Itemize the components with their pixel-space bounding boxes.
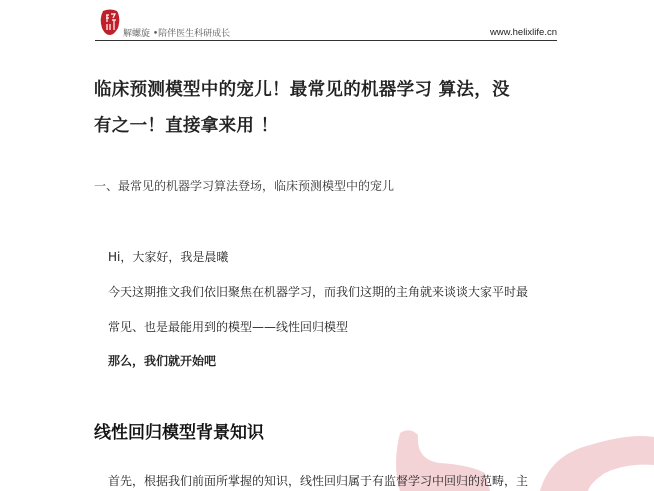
page-header: 解螺旋 •陪伴医生科研成长 www.helixlife.cn [95,0,557,41]
section-heading-text: 最常见的机器学习算法登场，临床预测模型中的宠儿 [118,179,394,193]
red-seal-logo-icon [99,8,121,36]
paragraph-greeting: Hi，大家好，我是晨曦 [108,248,228,265]
article-title-line-1: 临床预测模型中的宠儿！最常见的机器学习 算法，没 [94,72,564,108]
site-url-link[interactable]: www.helixlife.cn [490,27,557,38]
article-title-line-2: 有之一！直接拿来用 ！ [94,108,564,144]
paragraph-intro-line-1: 今天这期推文我们依旧聚焦在机器学习，而我们这期的主角就来谈谈大家平时最 [108,283,528,300]
paragraph-start: 那么，我们就开始吧 [108,352,216,369]
paragraph-background: 首先，根据我们前面所掌握的知识，线性回归属于有监督学习中回归的范畴，主 [108,472,528,489]
paragraph-intro-line-2: 常见、也是最能用到的模型——线性回归模型 [108,318,348,335]
article-title: 临床预测模型中的宠儿！最常见的机器学习 算法，没 有之一！直接拿来用 ！ [94,72,564,144]
brand-slogan: 解螺旋 •陪伴医生科研成长 [123,26,230,39]
subheading-background: 线性回归模型背景知识 [94,418,264,443]
section-1-heading: 一、最常见的机器学习算法登场，临床预测模型中的宠儿 [94,177,394,194]
section-number: 一、 [94,179,118,193]
